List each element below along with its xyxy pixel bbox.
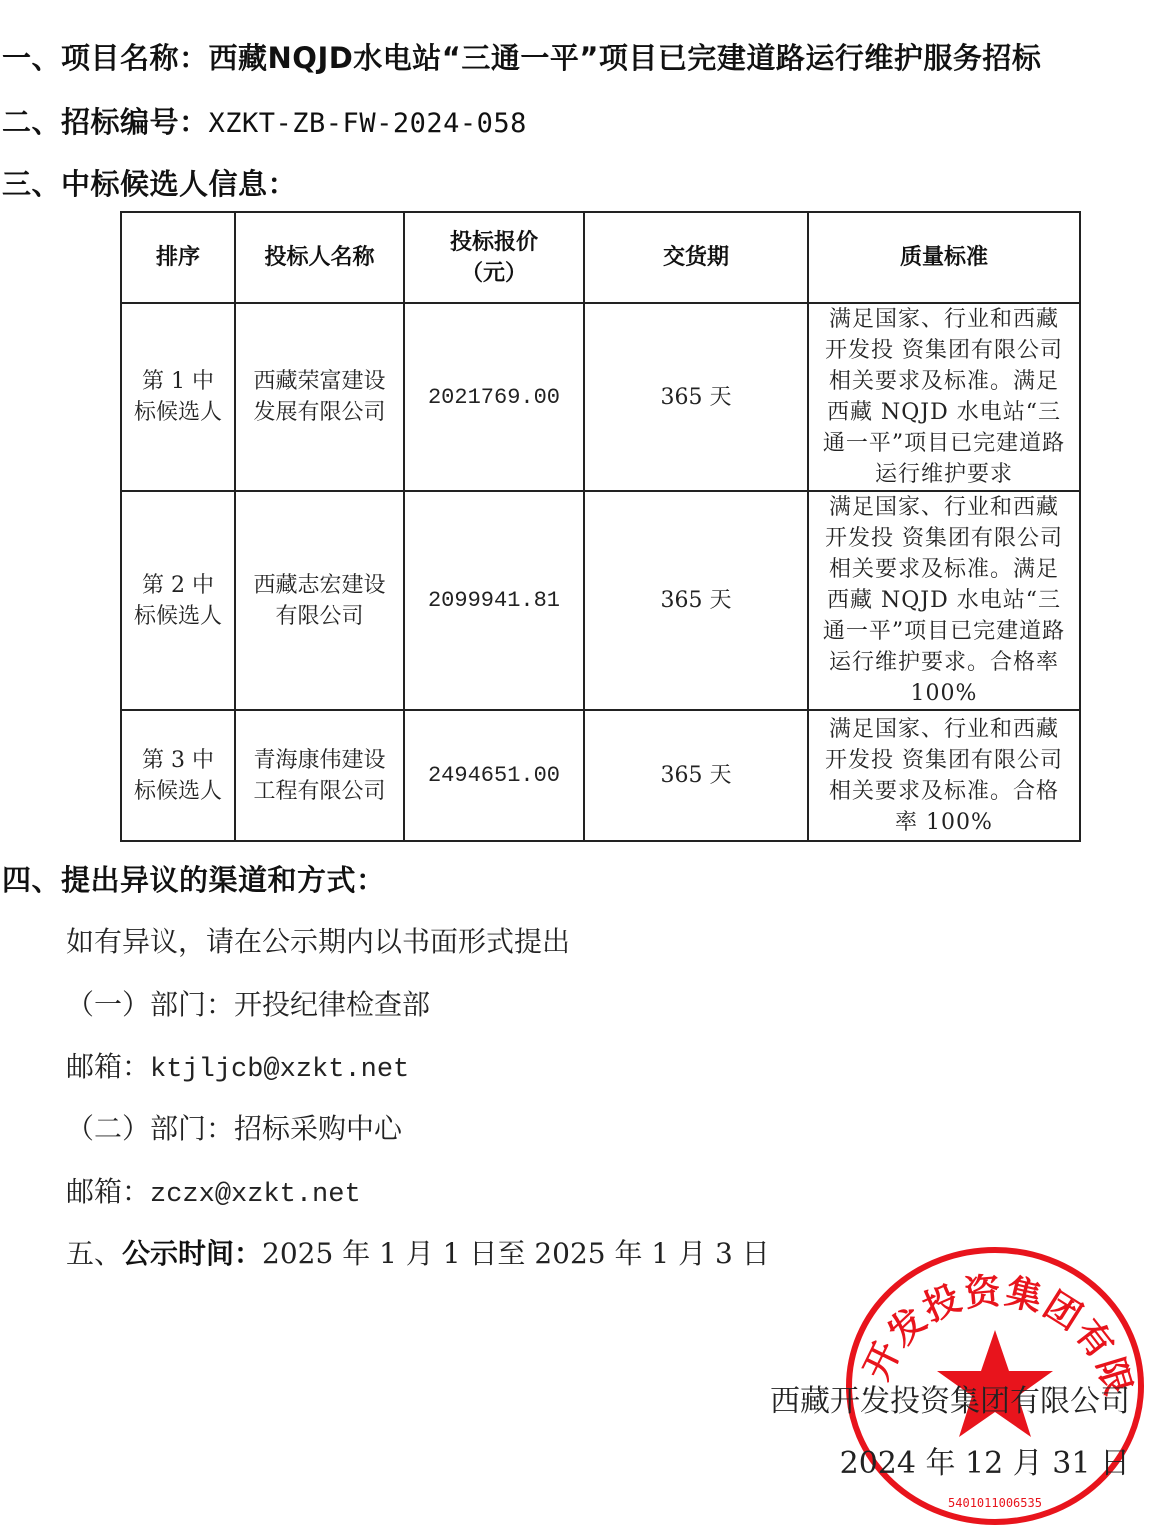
tender-number-label: 二、招标编号： [2, 105, 209, 139]
email2-line: 邮箱：zczx@xzkt.net [66, 1170, 361, 1210]
table-row: 第 1 中标候选人 西藏荣富建设发展有限公司 2021769.00 365 天 … [121, 303, 1080, 491]
dept1: （一）部门：开投纪律检查部 [66, 983, 430, 1023]
tender-number-heading: 二、招标编号：XZKT-ZB-FW-2024-058 [2, 100, 527, 141]
cell-bidder: 西藏志宏建设有限公司 [235, 491, 404, 710]
email1-link[interactable]: ktjljcb@xzkt.net [150, 1055, 409, 1085]
header-rank: 排序 [121, 212, 235, 303]
cell-quality: 满足国家、行业和西藏开发投 资集团有限公司相关要求及标准。合格率 100% [808, 710, 1080, 841]
project-name-value: 西藏NQJD水电站“三通一平”项目已完建道路运行维护服务招标 [209, 41, 1042, 75]
cell-delivery: 365 天 [584, 303, 808, 491]
cell-bidder: 青海康伟建设工程有限公司 [235, 710, 404, 841]
project-name-label: 一、项目名称： [2, 41, 209, 75]
candidates-table: 排序 投标人名称 投标报价（元） 交货期 质量标准 第 1 中标候选人 西藏荣富… [120, 211, 1081, 842]
table-row: 第 3 中标候选人 青海康伟建设工程有限公司 2494651.00 365 天 … [121, 710, 1080, 841]
tender-number-value: XZKT-ZB-FW-2024-058 [209, 108, 527, 139]
email2-label: 邮箱： [66, 1175, 150, 1208]
publicity-prefix: 五、 [66, 1237, 122, 1270]
email1-label: 邮箱： [66, 1050, 150, 1083]
cell-rank: 第 1 中标候选人 [121, 303, 235, 491]
dept2: （二）部门：招标采购中心 [66, 1107, 402, 1147]
publicity-label: 公示时间： [122, 1237, 262, 1270]
header-price-line2: （元） [461, 261, 527, 286]
publicity-value: 2025 年 1 月 1 日至 2025 年 1 月 3 日 [262, 1237, 770, 1270]
cell-quality: 满足国家、行业和西藏开发投 资集团有限公司相关要求及标准。满足西藏 NQJD 水… [808, 303, 1080, 491]
header-delivery: 交货期 [584, 212, 808, 303]
header-price: 投标报价（元） [404, 212, 584, 303]
svg-text:5401011006535: 5401011006535 [948, 1496, 1042, 1510]
cell-delivery: 365 天 [584, 491, 808, 710]
header-quality: 质量标准 [808, 212, 1080, 303]
objection-heading: 四、提出异议的渠道和方式： [2, 858, 386, 899]
candidates-heading: 三、中标候选人信息： [2, 162, 297, 203]
header-price-line1: 投标报价 [450, 230, 538, 255]
objection-intro: 如有异议，请在公示期内以书面形式提出 [66, 920, 570, 960]
project-name-heading: 一、项目名称：西藏NQJD水电站“三通一平”项目已完建道路运行维护服务招标 [2, 36, 1041, 77]
cell-delivery: 365 天 [584, 710, 808, 841]
cell-price: 2494651.00 [404, 710, 584, 841]
table-header-row: 排序 投标人名称 投标报价（元） 交货期 质量标准 [121, 212, 1080, 303]
cell-bidder: 西藏荣富建设发展有限公司 [235, 303, 404, 491]
issuer-name: 西藏开发投资集团有限公司 [770, 1376, 1130, 1420]
issue-date: 2024 年 12 月 31 日 [840, 1438, 1130, 1482]
email1-line: 邮箱：ktjljcb@xzkt.net [66, 1045, 409, 1085]
cell-price: 2021769.00 [404, 303, 584, 491]
email2-link[interactable]: zczx@xzkt.net [150, 1180, 361, 1210]
table-row: 第 2 中标候选人 西藏志宏建设有限公司 2099941.81 365 天 满足… [121, 491, 1080, 710]
cell-quality: 满足国家、行业和西藏开发投 资集团有限公司相关要求及标准。满足西藏 NQJD 水… [808, 491, 1080, 710]
cell-price: 2099941.81 [404, 491, 584, 710]
publicity-period: 五、公示时间：2025 年 1 月 1 日至 2025 年 1 月 3 日 [66, 1232, 770, 1272]
header-bidder: 投标人名称 [235, 212, 404, 303]
cell-rank: 第 2 中标候选人 [121, 491, 235, 710]
cell-rank: 第 3 中标候选人 [121, 710, 235, 841]
